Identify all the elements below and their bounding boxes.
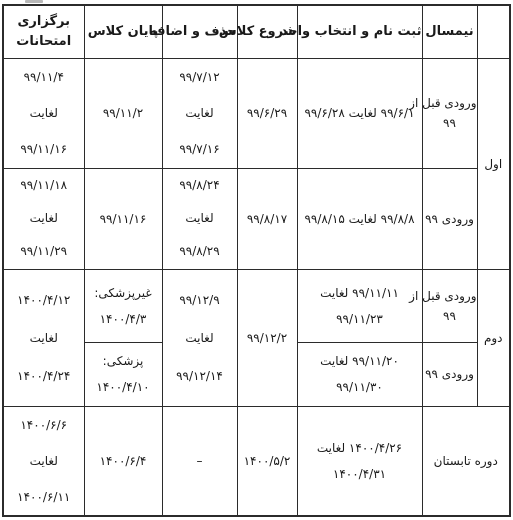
cell-first-99-exams: ۹۹/۱۱/۱۸لغایت۹۹/۱۱/۲۹ [3, 168, 84, 269]
header-class-end: پایان کلاس [84, 5, 162, 58]
header-row: نیمسال ثبت نام و انتخاب واحد شروع کلاس ح… [3, 5, 510, 58]
cell-second-class-end-nonmedical: غیرپزشکی:۱۴۰۰/۴/۳ [84, 269, 162, 342]
header-semester-group [477, 5, 510, 58]
cell-summer-class-start: ۱۴۰۰/۵/۲ [237, 406, 297, 516]
header-exams: برگزاریامتحانات [3, 5, 84, 58]
header-term: نیمسال [422, 5, 477, 58]
cell-second-class-start: ۹۹/۱۲/۲ [237, 269, 297, 406]
cell-second-99-registration: ۹۹/۱۱/۲۰ لغایت۹۹/۱۱/۳۰ [297, 342, 422, 406]
cell-semester-first: اول [477, 58, 510, 269]
cell-second-pre99-entry: ورودی قبل از۹۹ [422, 269, 477, 342]
row-first-99: ورودی ۹۹ ۹۹/۸/۸ لغایت ۹۹/۸/۱۵ ۹۹/۸/۱۷ ۹۹… [3, 168, 510, 269]
academic-calendar-page: نیمسال ثبت نام و انتخاب واحد شروع کلاس ح… [0, 0, 513, 520]
row-first-pre99: اول ورودی قبل از۹۹ ۹۹/۶/۱ لغایت ۹۹/۶/۲۸ … [3, 58, 510, 168]
cell-first-99-registration: ۹۹/۸/۸ لغایت ۹۹/۸/۱۵ [297, 168, 422, 269]
cell-summer-registration: ۱۴۰۰/۴/۲۶ لغایت۱۴۰۰/۴/۳۱ [297, 406, 422, 516]
cell-second-class-end-medical: پزشکی:۱۴۰۰/۴/۱۰ [84, 342, 162, 406]
row-second-pre99: دوم ورودی قبل از۹۹ ۹۹/۱۱/۱۱ لغایت۹۹/۱۱/۲… [3, 269, 510, 342]
cell-first-pre99-entry: ورودی قبل از۹۹ [422, 58, 477, 168]
cell-second-add-drop: ۹۹/۱۲/۹لغایت۹۹/۱۲/۱۴ [162, 269, 237, 406]
cell-first-pre99-class-end: ۹۹/۱۱/۲ [84, 58, 162, 168]
cell-first-pre99-exams: ۹۹/۱۱/۴لغایت۹۹/۱۱/۱۶ [3, 58, 84, 168]
cell-first-99-entry: ورودی ۹۹ [422, 168, 477, 269]
cell-second-pre99-registration: ۹۹/۱۱/۱۱ لغایت۹۹/۱۱/۲۳ [297, 269, 422, 342]
scan-artifact [25, 0, 43, 3]
header-registration: ثبت نام و انتخاب واحد [297, 5, 422, 58]
cell-second-99-entry: ورودی ۹۹ [422, 342, 477, 406]
cell-summer-entry: دوره تابستان [422, 406, 510, 516]
cell-second-exams: ۱۴۰۰/۴/۱۲لغایت۱۴۰۰/۴/۲۴ [3, 269, 84, 406]
cell-summer-class-end: ۱۴۰۰/۶/۴ [84, 406, 162, 516]
cell-first-pre99-registration: ۹۹/۶/۱ لغایت ۹۹/۶/۲۸ [297, 58, 422, 168]
cell-summer-exams: ۱۴۰۰/۶/۶لغایت۱۴۰۰/۶/۱۱ [3, 406, 84, 516]
header-class-start: شروع کلاس [237, 5, 297, 58]
cell-first-99-class-start: ۹۹/۸/۱۷ [237, 168, 297, 269]
cell-first-pre99-add-drop: ۹۹/۷/۱۲لغایت۹۹/۷/۱۶ [162, 58, 237, 168]
cell-first-pre99-class-start: ۹۹/۶/۲۹ [237, 58, 297, 168]
cell-first-99-class-end: ۹۹/۱۱/۱۶ [84, 168, 162, 269]
academic-calendar-table: نیمسال ثبت نام و انتخاب واحد شروع کلاس ح… [2, 4, 511, 517]
row-summer: دوره تابستان ۱۴۰۰/۴/۲۶ لغایت۱۴۰۰/۴/۳۱ ۱۴… [3, 406, 510, 516]
cell-summer-add-drop: – [162, 406, 237, 516]
cell-first-99-add-drop: ۹۹/۸/۲۴لغایت۹۹/۸/۲۹ [162, 168, 237, 269]
header-add-drop: حذف و اضافه [162, 5, 237, 58]
cell-semester-second: دوم [477, 269, 510, 406]
